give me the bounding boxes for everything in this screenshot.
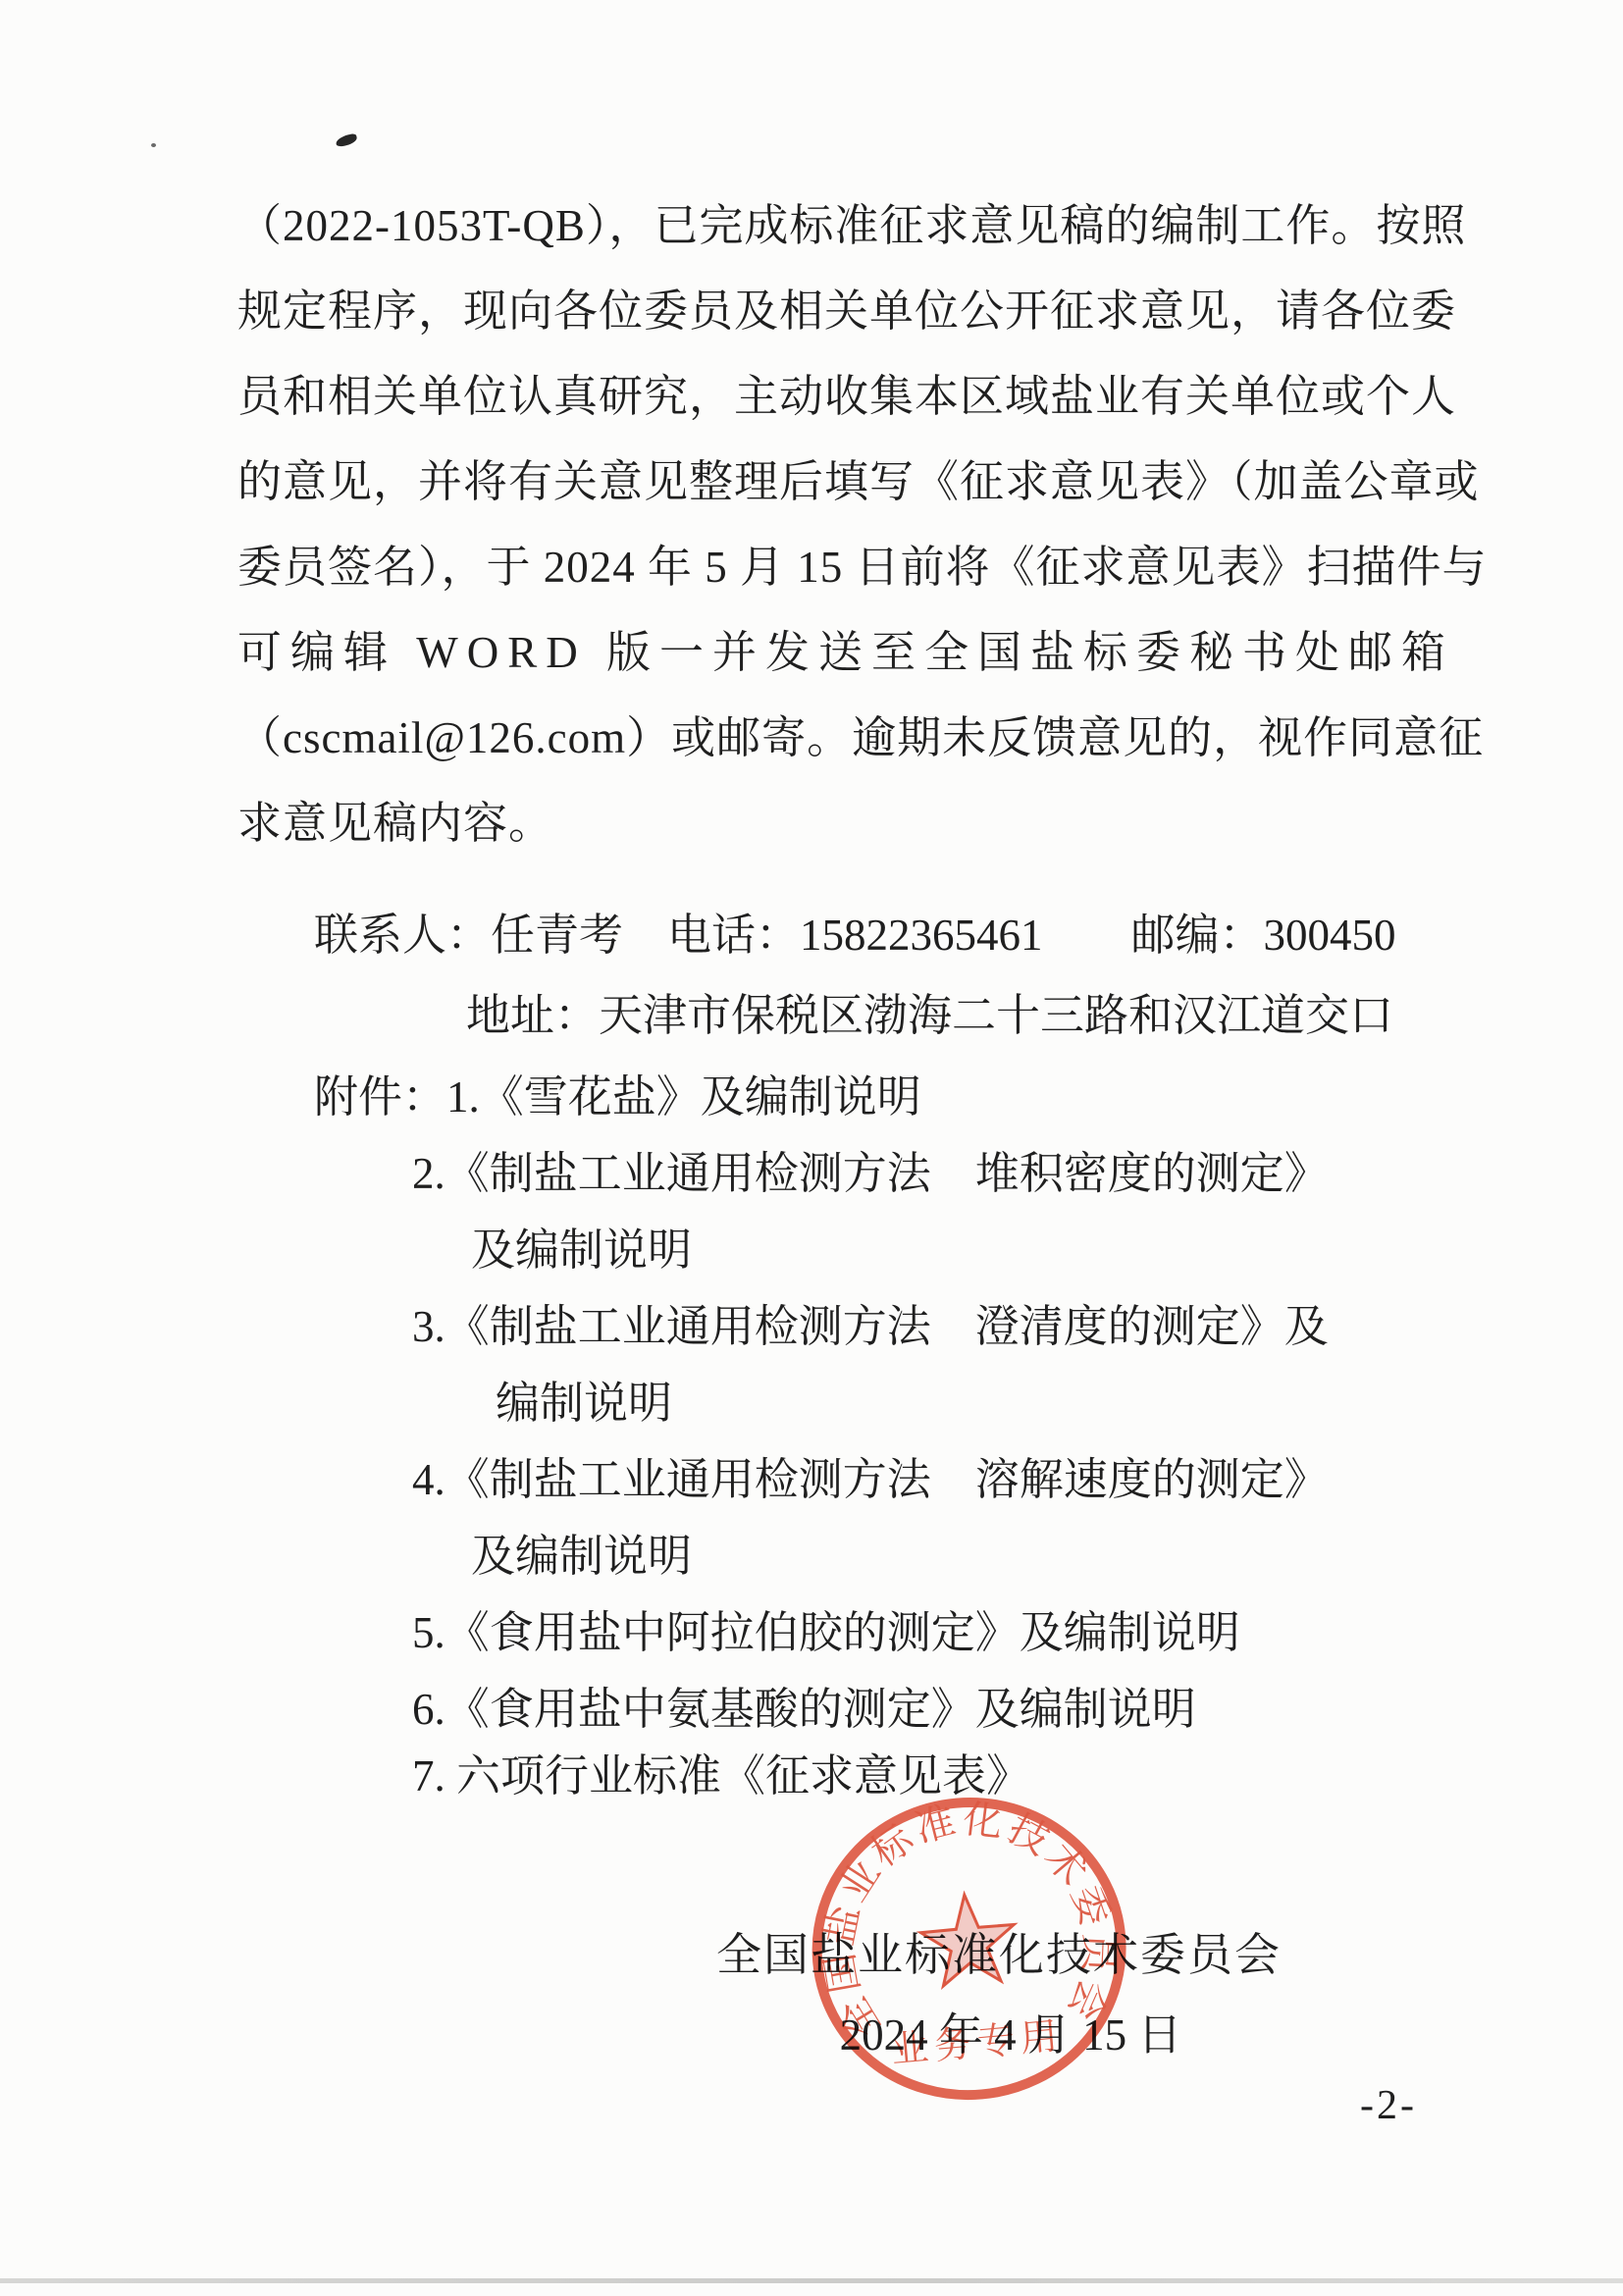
body-line: 可编辑 WORD 版一并发送至全国盐标委秘书处邮箱 <box>237 631 1454 675</box>
attachment-item-continuation: 及编制说明 <box>471 1228 692 1273</box>
seal-bottom-text: 业务专用 <box>890 2015 1066 2071</box>
body-line: 员和相关单位认真研究，主动收集本区域盐业有关单位或个人 <box>237 375 1456 419</box>
body-line: 的意见，并将有关意见整理后填写《征求意见表》（加盖公章或 <box>237 460 1480 504</box>
contact-line: 联系人：任青考 电话：15822365461 邮编：300450 <box>314 913 1396 958</box>
attachments-label-line: 附件：1.《雪花盐》及编制说明 <box>314 1075 921 1120</box>
seal-star-icon <box>917 1891 1019 1987</box>
body-line: 求意见稿内容。 <box>237 802 553 846</box>
attachment-item: 3.《制盐工业通用检测方法 澄清度的测定》及 <box>412 1305 1329 1349</box>
attachment-item: 2.《制盐工业通用检测方法 堆积密度的测定》 <box>412 1152 1329 1196</box>
body-line: （cscmail@126.com）或邮寄。逾期未反馈意见的，视作同意征 <box>237 716 1484 760</box>
attachment-item: 5.《食用盐中阿拉伯胶的测定》及编制说明 <box>412 1611 1240 1655</box>
body-line: 规定程序，现向各位委员及相关单位公开征求意见，请各位委 <box>237 289 1456 334</box>
scan-edge-shadow <box>0 2278 1623 2283</box>
attachment-item: 4.《制盐工业通用检测方法 溶解速度的测定》 <box>412 1458 1329 1502</box>
address-line: 地址：天津市保税区渤海二十三路和汉江道交口 <box>466 994 1393 1038</box>
attachment-item: 6.《食用盐中氨基酸的测定》及编制说明 <box>412 1688 1196 1732</box>
body-line: 委员签名），于 2024 年 5 月 15 日前将《征求意见表》扫描件与 <box>237 546 1488 590</box>
attachment-item-continuation: 编制说明 <box>496 1382 672 1426</box>
document-page: （2022-1053T-QB），已完成标准征求意见稿的编制工作。按照 规定程序，… <box>0 0 1623 2296</box>
official-seal: 全国盐业标准化技术委员会 业务专用 <box>789 1775 1150 2131</box>
body-line: （2022-1053T-QB），已完成标准征求意见稿的编制工作。按照 <box>237 204 1466 248</box>
attachment-item-continuation: 及编制说明 <box>471 1535 692 1579</box>
page-number: -2- <box>1339 2082 1438 2129</box>
scan-artifact-tick <box>335 132 358 147</box>
scan-artifact-dot <box>151 143 156 147</box>
